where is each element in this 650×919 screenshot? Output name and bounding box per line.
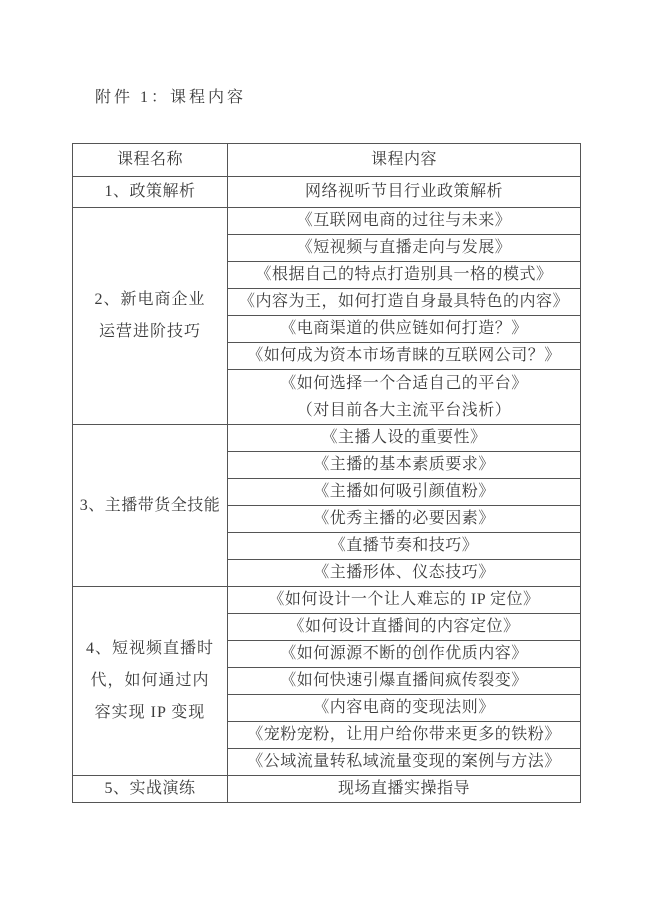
course-content-cell: 《如何设计直播间的内容定位》 <box>228 614 581 641</box>
course-content-line: （对目前各大主流平台浅析） <box>228 397 580 424</box>
course-content-cell: 《如何源源不断的创作优质内容》 <box>228 641 581 668</box>
course-name-cell: 4、短视频直播时 代，如何通过内 容实现 IP 变现 <box>73 587 228 776</box>
course-content-cell: 《宠粉宠粉，让用户给你带来更多的铁粉》 <box>228 722 581 749</box>
course-content-cell: 《如何设计一个让人难忘的 IP 定位》 <box>228 587 581 614</box>
course-content-cell: 现场直播实操指导 <box>228 776 581 803</box>
table-row: 3、主播带货全技能 《主播人设的重要性》 <box>73 425 581 452</box>
course-content-cell: 《优秀主播的必要因素》 <box>228 506 581 533</box>
course-content-cell: 《主播人设的重要性》 <box>228 425 581 452</box>
course-content-cell: 《内容电商的变现法则》 <box>228 695 581 722</box>
course-content-cell: 《短视频与直播走向与发展》 <box>228 235 581 262</box>
course-content-cell: 网络视听节目行业政策解析 <box>228 177 581 208</box>
course-name-cell: 1、政策解析 <box>73 177 228 208</box>
course-content-cell: 《电商渠道的供应链如何打造？》 <box>228 316 581 343</box>
course-table: 课程名称 课程内容 1、政策解析 网络视听节目行业政策解析 2、新电商企业 运营… <box>72 143 581 803</box>
course-content-cell: 《主播如何吸引颜值粉》 <box>228 479 581 506</box>
course-content-line: 《如何选择一个合适自己的平台》 <box>228 370 580 397</box>
course-name-cell: 3、主播带货全技能 <box>73 425 228 587</box>
table-row: 1、政策解析 网络视听节目行业政策解析 <box>73 177 581 208</box>
course-content-cell: 《主播形体、仪态技巧》 <box>228 560 581 587</box>
course-content-cell: 《如何快速引爆直播间疯传裂变》 <box>228 668 581 695</box>
course-name-cell: 5、实战演练 <box>73 776 228 803</box>
table-header-row: 课程名称 课程内容 <box>73 144 581 177</box>
course-content-cell: 《如何成为资本市场青睐的互联网公司？》 <box>228 343 581 370</box>
document-page: 附件 1：课程内容 课程名称 课程内容 1、政策解析 网络视听节目行业政策解析 … <box>0 0 650 919</box>
course-name-line: 2、新电商企业 <box>73 284 227 316</box>
table-row: 5、实战演练 现场直播实操指导 <box>73 776 581 803</box>
course-content-cell: 《内容为王，如何打造自身最具特色的内容》 <box>228 289 581 316</box>
course-content-cell: 《如何选择一个合适自己的平台》 （对目前各大主流平台浅析） <box>228 370 581 425</box>
table-row: 4、短视频直播时 代，如何通过内 容实现 IP 变现 《如何设计一个让人难忘的 … <box>73 587 581 614</box>
course-name-line: 4、短视频直播时 <box>73 633 227 665</box>
course-content-cell: 《公域流量转私域流量变现的案例与方法》 <box>228 749 581 776</box>
header-course-name: 课程名称 <box>73 144 228 177</box>
course-content-cell: 《互联网电商的过往与未来》 <box>228 208 581 235</box>
course-content-cell: 《直播节奏和技巧》 <box>228 533 581 560</box>
table-row: 2、新电商企业 运营进阶技巧 《互联网电商的过往与未来》 <box>73 208 581 235</box>
course-name-line: 运营进阶技巧 <box>73 316 227 348</box>
header-course-content: 课程内容 <box>228 144 581 177</box>
course-name-line: 容实现 IP 变现 <box>73 697 227 729</box>
attachment-heading: 附件 1：课程内容 <box>95 84 246 107</box>
course-content-cell: 《主播的基本素质要求》 <box>228 452 581 479</box>
course-name-cell: 2、新电商企业 运营进阶技巧 <box>73 208 228 425</box>
course-name-line: 代，如何通过内 <box>73 665 227 697</box>
course-content-cell: 《根据自己的特点打造别具一格的模式》 <box>228 262 581 289</box>
